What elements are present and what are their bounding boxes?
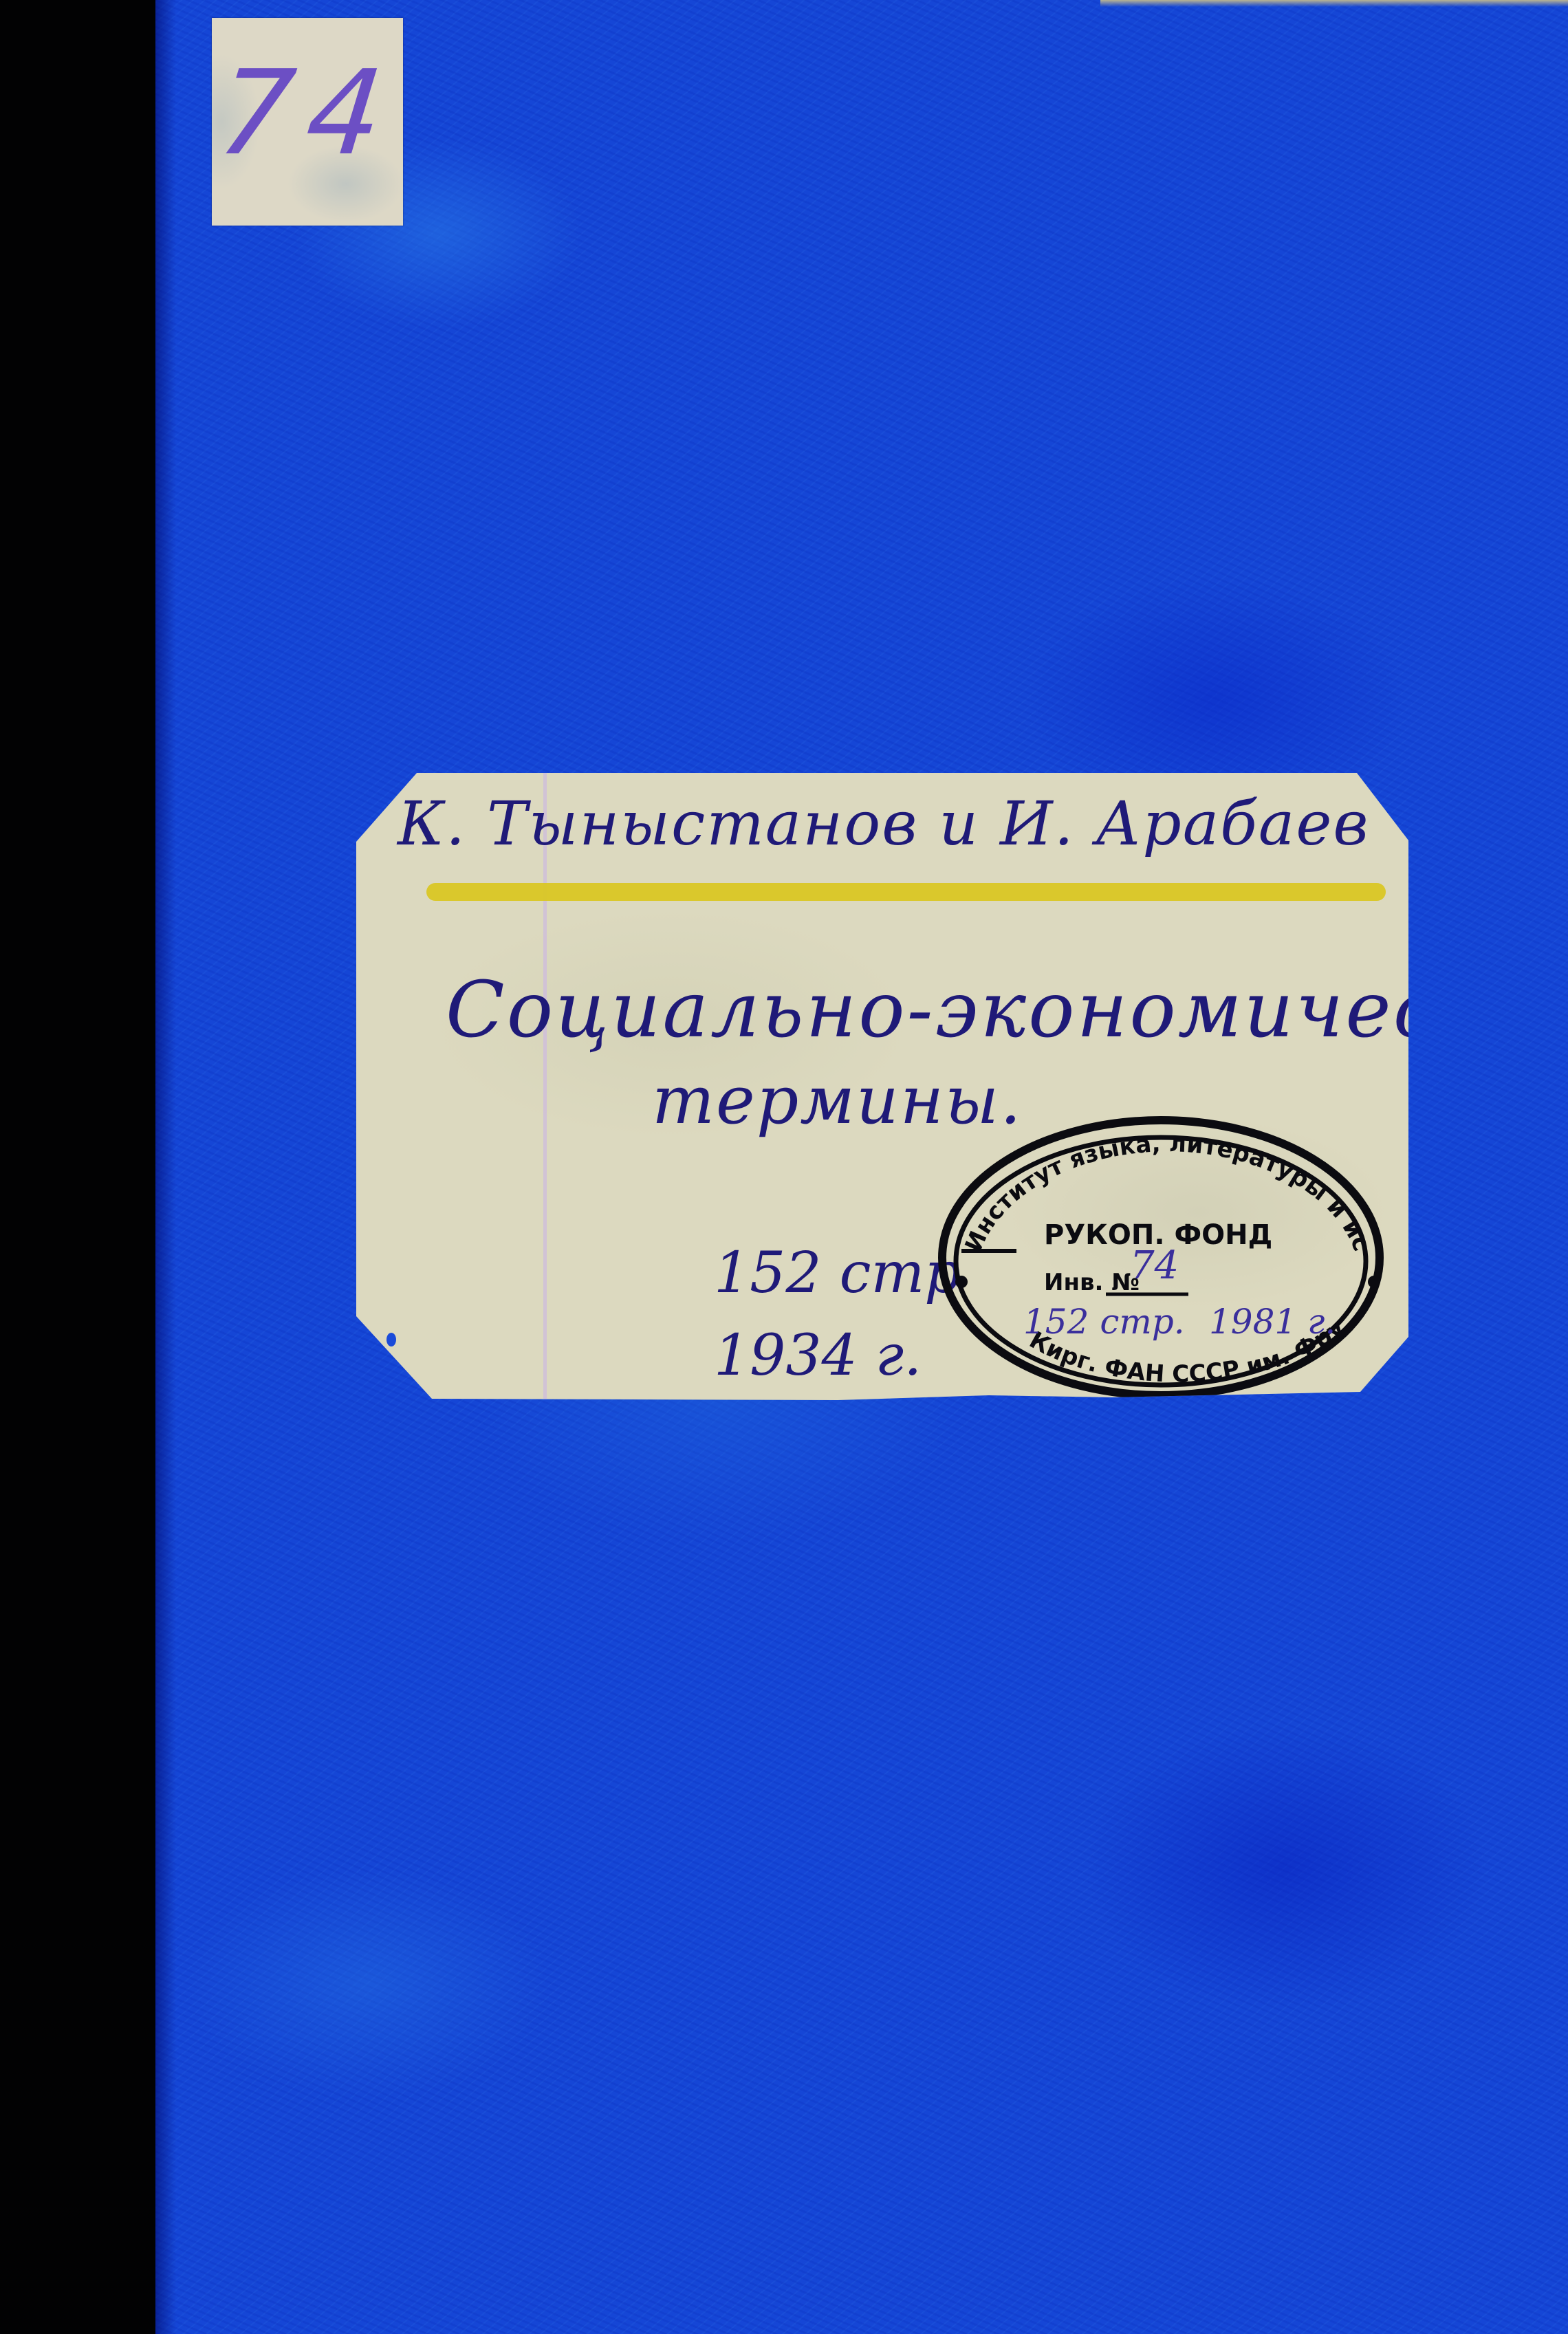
- title-label: К. Тыныстанов и И. Арабаев Социально-эко…: [356, 773, 1408, 1400]
- page-count: 152 стр: [714, 1241, 961, 1306]
- cover-shadow-edge: [155, 0, 176, 2334]
- yellow-underline: [426, 883, 1386, 901]
- catalog-number: 74: [205, 45, 411, 182]
- margin-line: [543, 773, 547, 1400]
- archive-stamp: Институт языка, литературы и истории Кир…: [934, 1110, 1388, 1399]
- cover-worn-edge: [1100, 0, 1568, 7]
- authors: К. Тыныстанов и И. Арабаев: [398, 788, 1370, 859]
- stamp-graphic: Институт языка, литературы и истории Кир…: [934, 1110, 1388, 1399]
- stamp-inventory-number: 74: [1130, 1243, 1179, 1288]
- title-line-1: Социально-экономические: [446, 966, 1568, 1055]
- stamp-inventory-label: Инв. №: [1044, 1269, 1140, 1296]
- stamp-year-note: 1981 г.: [1209, 1302, 1336, 1342]
- stamp-pages-note: 152 стр.: [1023, 1302, 1185, 1342]
- ink-spot: [386, 1333, 396, 1346]
- year: 1934 г.: [714, 1323, 922, 1388]
- binding-spine: [0, 0, 157, 2334]
- catalog-number-sticker: 74: [212, 18, 403, 226]
